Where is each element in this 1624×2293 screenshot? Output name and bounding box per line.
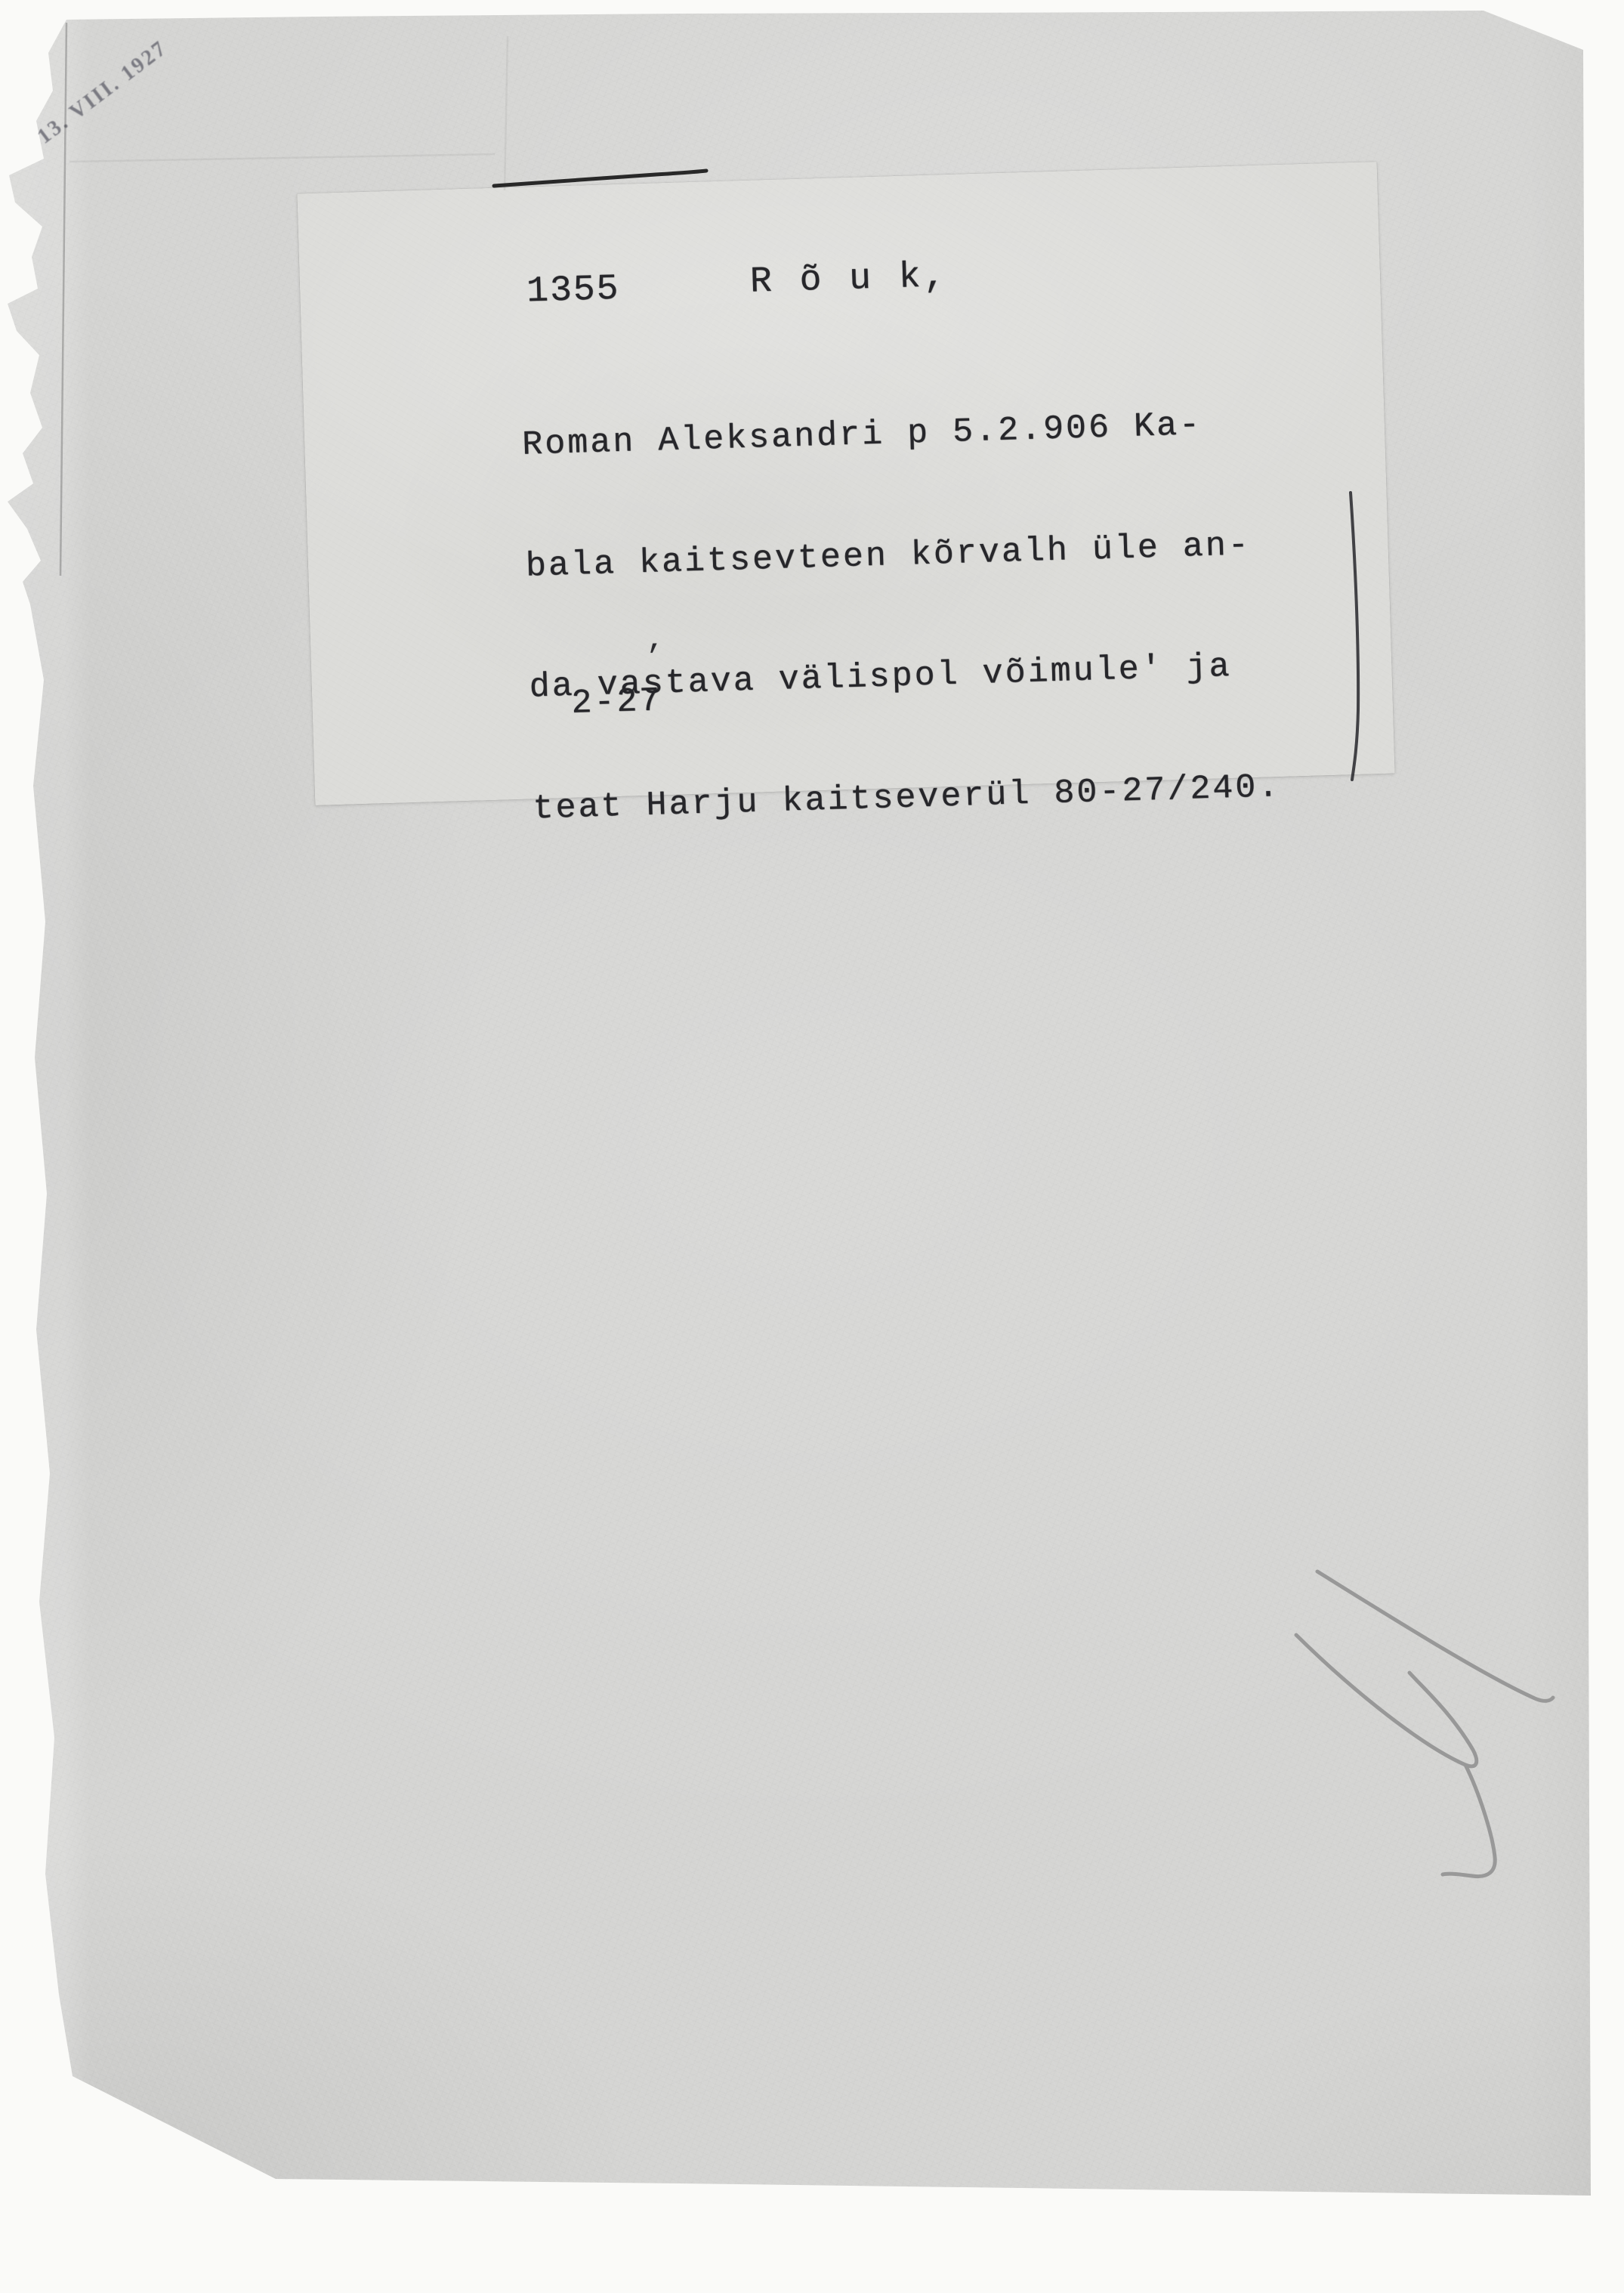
card-body-line-2: bala kaitsevteen kõrvalh üle an-: [525, 524, 1274, 587]
scanned-archive-page: 13. VIII. 1927 1355 R õ u k, Roman Aleks…: [0, 0, 1624, 2293]
card-body: Roman Aleksandri p 5.2.906 Ka- bala kait…: [519, 322, 1283, 910]
card-body-line-4: teat Harju kaitseverül 80-27/240.: [533, 767, 1281, 830]
card-surname: R õ u k,: [749, 256, 949, 303]
card-footnote: 2-27: [571, 681, 662, 723]
card-body-line-1: Roman Aleksandri p 5.2.906 Ka-: [522, 403, 1270, 465]
stray-tick-mark: ’: [644, 641, 663, 675]
card-number: 1355: [526, 269, 620, 313]
index-card: 1355 R õ u k, Roman Aleksandri p 5.2.906…: [297, 162, 1394, 805]
